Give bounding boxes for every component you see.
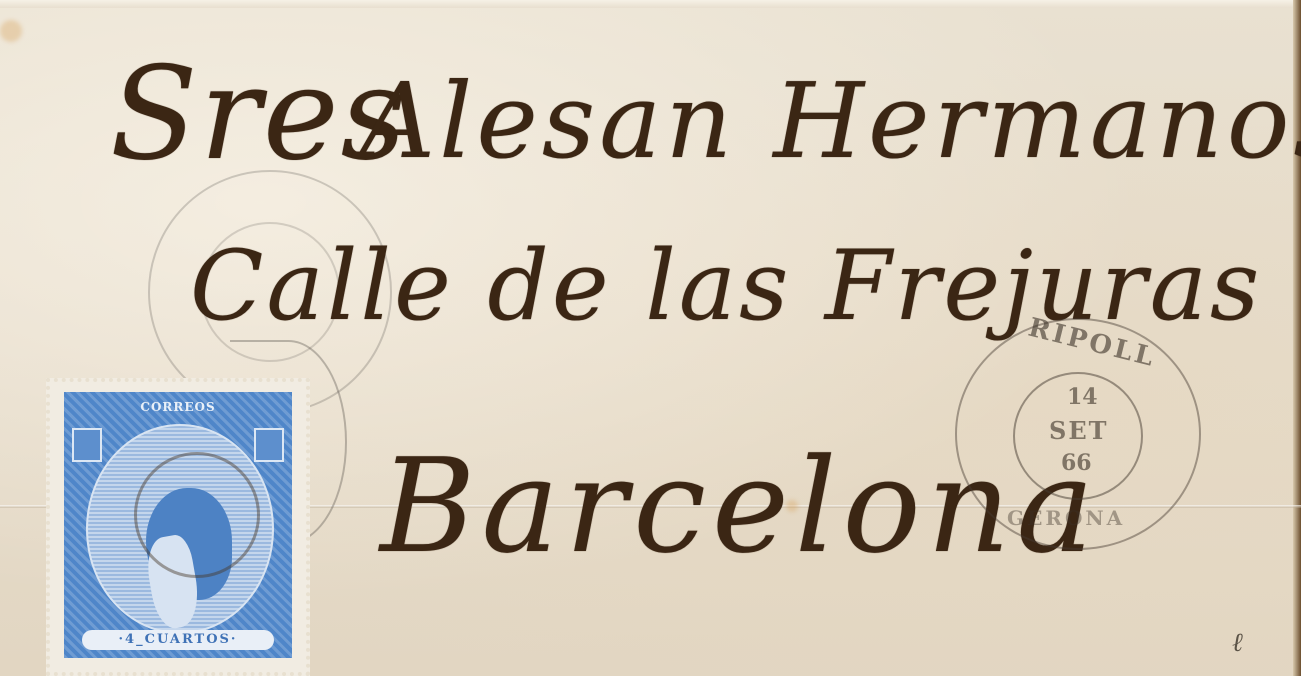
crown-shield-icon <box>72 428 102 462</box>
envelope-top-edge <box>0 0 1301 8</box>
postmark-day: 14 <box>1067 384 1098 410</box>
postmark-year: 66 <box>1061 450 1092 476</box>
corner-initial-mark: ℓ <box>1232 628 1243 658</box>
envelope: Sres Alesan Hermanos Calle de las Frejur… <box>0 0 1301 676</box>
address-line-1: Alesan Hermanos <box>360 60 1301 182</box>
postmark-province: GERONA <box>1007 506 1125 530</box>
crown-shield-icon <box>254 428 284 462</box>
stamp-value: ·4_CUARTOS· <box>82 630 274 650</box>
postmark-month: SET <box>1049 416 1108 445</box>
postage-stamp: CORREOS ·4_CUARTOS· <box>46 378 310 676</box>
ripoll-postmark: RIPOLL 14 SET 66 GERONA <box>955 318 1201 550</box>
stamp-header: CORREOS <box>112 400 244 418</box>
stamp-design: CORREOS ·4_CUARTOS· <box>64 392 292 658</box>
stamp-cancellation-mark <box>134 452 260 578</box>
paper-stain <box>0 20 22 42</box>
